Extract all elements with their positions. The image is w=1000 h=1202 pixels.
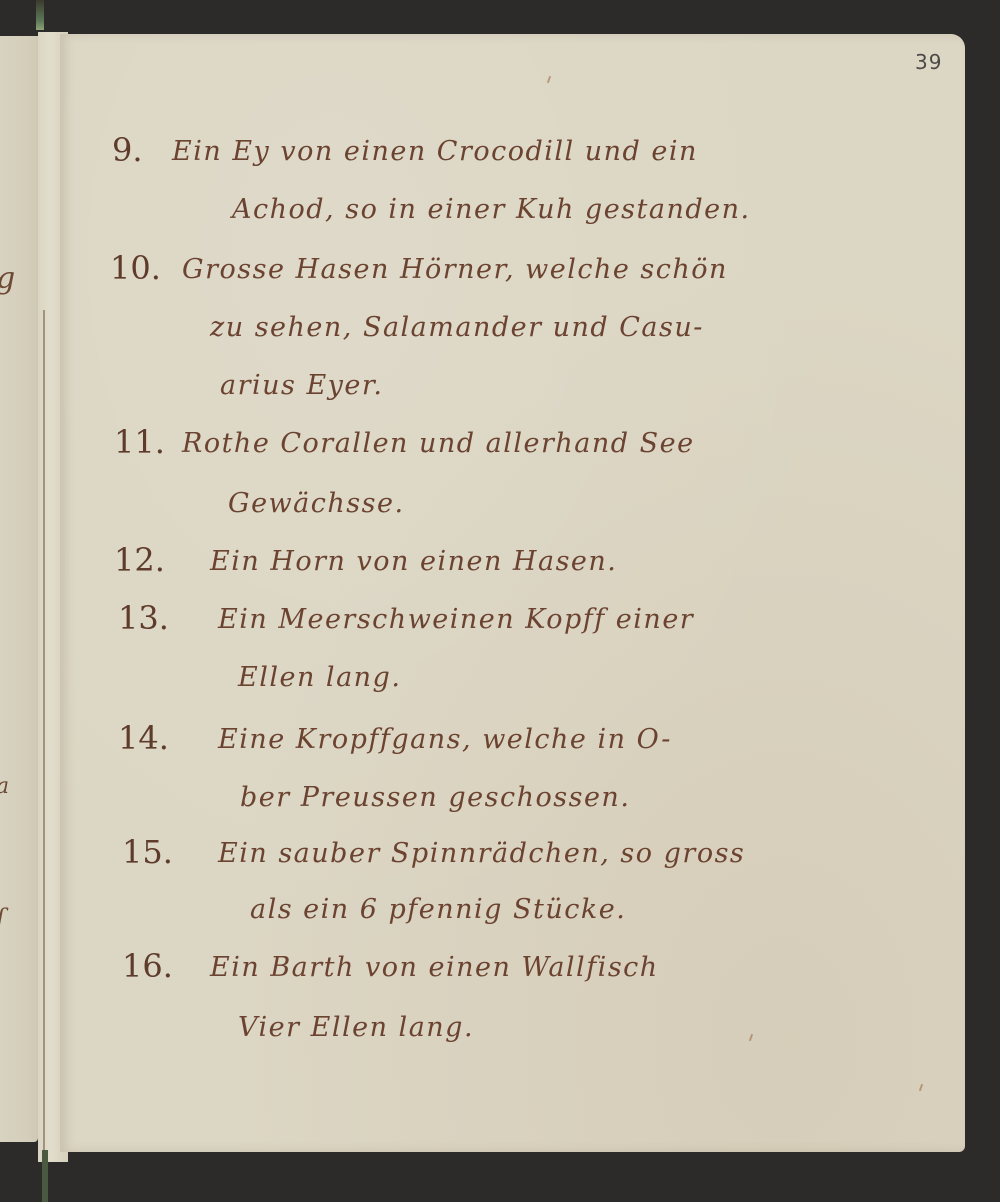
previous-page-edge: g a ſ: [0, 36, 38, 1142]
entry-text-line: arius Eyer.: [220, 372, 383, 399]
binding-thread-icon: [42, 1150, 48, 1202]
page-number: 39: [915, 50, 942, 74]
entry-text-line: Ellen lang.: [238, 664, 401, 691]
entry-number: 15.: [122, 836, 173, 868]
entry-number: 9.: [112, 134, 143, 166]
gutter-fold-line: [43, 310, 45, 1150]
entry-number: 10.: [110, 252, 161, 284]
paper-speck: [547, 76, 551, 83]
previous-page-text-fragment: g: [0, 264, 15, 294]
entry-text-line: Rothe Corallen und allerhand See: [182, 430, 695, 457]
entry-number: 16.: [122, 950, 173, 982]
entry-text-line: zu sehen, Salamander und Casu-: [210, 314, 704, 341]
entry-number: 13.: [118, 602, 169, 634]
previous-page-text-fragment: a: [0, 776, 9, 798]
entry-text-line: Achod, so in einer Kuh gestanden.: [232, 196, 751, 223]
manuscript-page: 39 9. Ein Ey von einen Crocodill und ein…: [60, 34, 965, 1152]
entry-text-line: Ein Barth von einen Wallfisch: [210, 954, 659, 981]
entry-text-line: Gewächsse.: [228, 490, 405, 517]
entry-number: 12.: [114, 544, 165, 576]
entry-text-line: Ein sauber Spinnrädchen, so gross: [218, 840, 745, 867]
entry-text-line: Grosse Hasen Hörner, welche schön: [182, 256, 728, 283]
entry-text-line: Ein Ey von einen Crocodill und ein: [172, 138, 698, 165]
entry-text-line: als ein 6 pfennig Stücke.: [250, 896, 626, 923]
binding-thread-icon: [36, 0, 44, 30]
entry-text-line: Vier Ellen lang.: [238, 1014, 474, 1041]
paper-speck: [749, 1034, 753, 1041]
entry-number: 11.: [114, 426, 165, 458]
entry-text-line: Eine Kropffgans, welche in O-: [218, 726, 672, 753]
previous-page-text-fragment: ſ: [0, 906, 5, 930]
entry-number: 14.: [118, 722, 169, 754]
entry-text-line: Ein Meerschweinen Kopff einer: [218, 606, 694, 633]
entry-text-line: ber Preussen geschossen.: [240, 784, 630, 811]
entry-text-line: Ein Horn von einen Hasen.: [210, 548, 617, 575]
paper-speck: [919, 1084, 923, 1091]
